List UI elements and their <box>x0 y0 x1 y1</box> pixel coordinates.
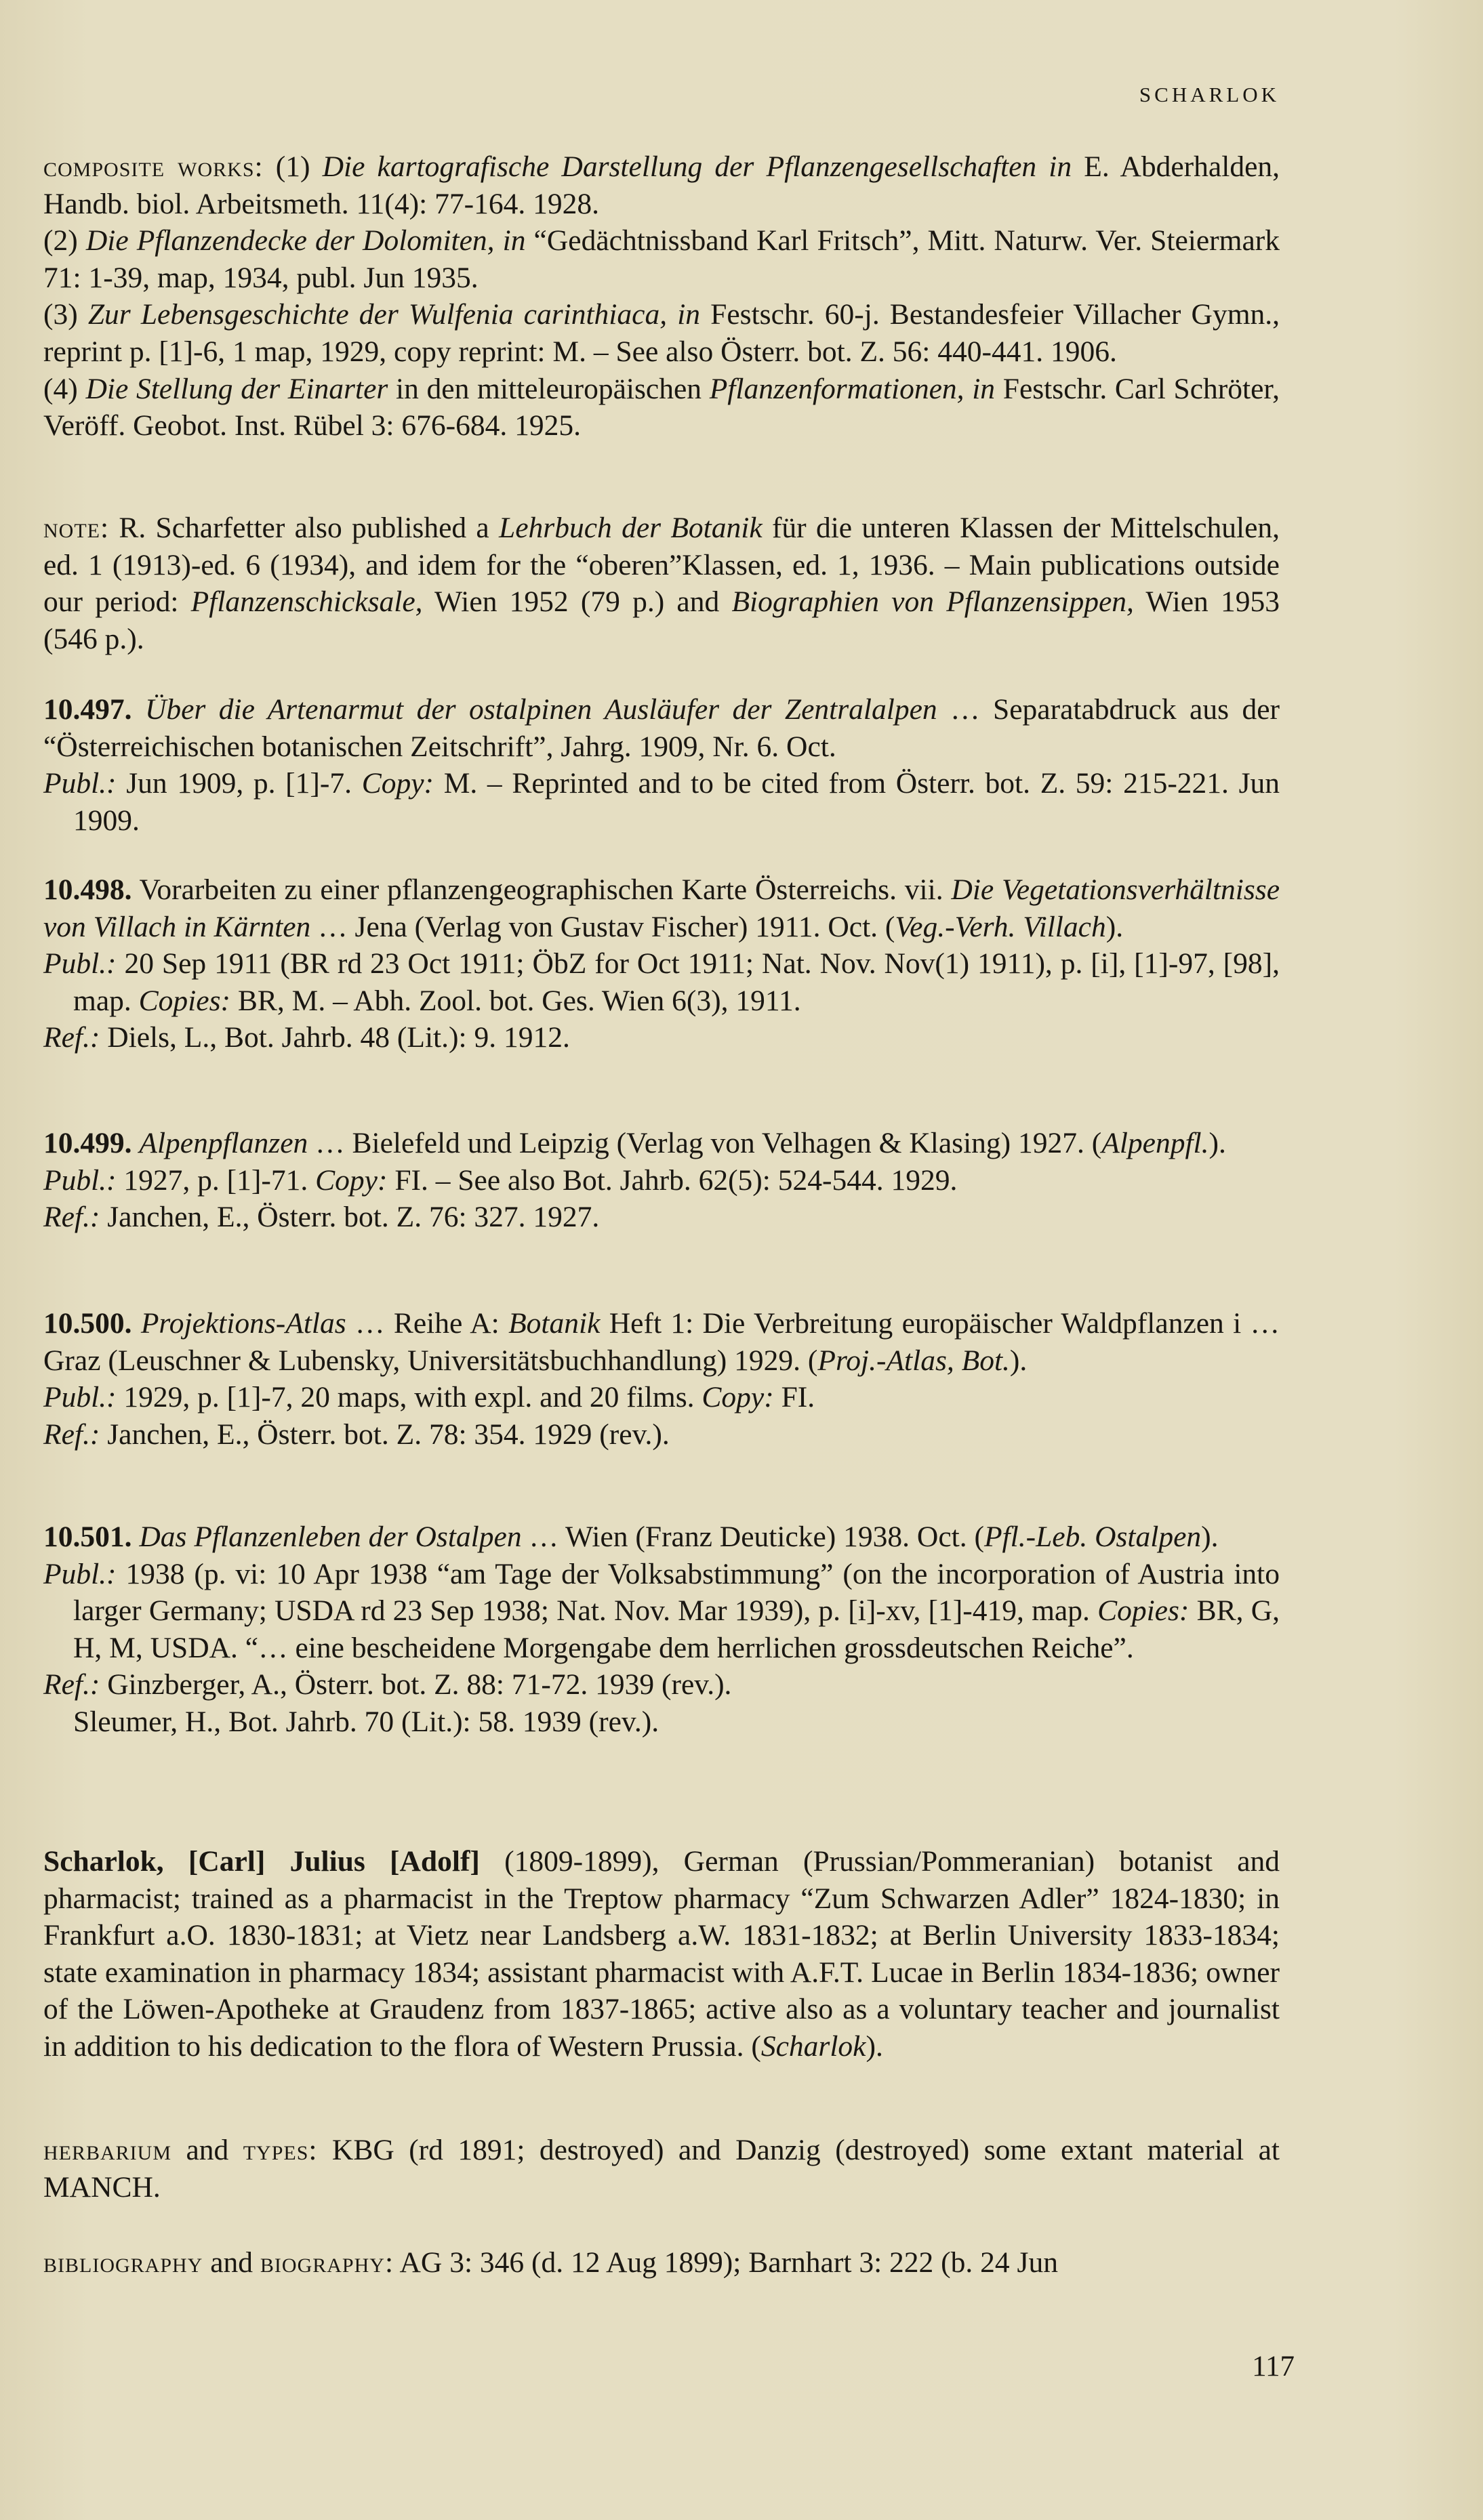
entry-10-500: 10.500. Projektions-Atlas … Reihe A: Bot… <box>43 1305 1280 1453</box>
entry-ref: Ref.: Janchen, E., Österr. bot. Z. 76: 3… <box>43 1199 1280 1236</box>
entry-number: 10.499. <box>43 1127 132 1159</box>
composite-work-4: (4) Die Stellung der Einarter in den mit… <box>43 371 1280 445</box>
biography-paragraph: Scharlok, [Carl] Julius [Adolf] (1809-18… <box>43 1843 1280 2065</box>
entry-publ: Publ.: 1927, p. [1]-71. Copy: FI. – See … <box>43 1162 1280 1199</box>
entry-ref: Ref.: Janchen, E., Österr. bot. Z. 78: 3… <box>43 1416 1280 1453</box>
entry-ref: Ref.: Diels, L., Bot. Jahrb. 48 (Lit.): … <box>43 1019 1280 1056</box>
page-number: 117 <box>1240 2350 1295 2383</box>
bibliography-paragraph: bibliography and biography: AG 3: 346 (d… <box>43 2244 1280 2281</box>
entry-number: 10.501. <box>43 1521 132 1553</box>
entry-number: 10.497. <box>43 693 132 726</box>
book-page: SCHARLOK composite works: (1) Die kartog… <box>0 0 1483 2520</box>
entry-publ: Publ.: 1929, p. [1]-7, 20 maps, with exp… <box>43 1379 1280 1416</box>
biography-section: Scharlok, [Carl] Julius [Adolf] (1809-18… <box>43 1843 1280 2065</box>
entry-number: 10.498. <box>43 873 132 906</box>
entry-publ: Publ.: 20 Sep 1911 (BR rd 23 Oct 1911; Ö… <box>43 945 1280 1019</box>
composite-works-label: composite works: <box>43 150 264 183</box>
entry-title: 10.497. Über die Artenarmut der ostalpin… <box>43 691 1280 765</box>
person-name: Scharlok, [Carl] Julius [Adolf] <box>43 1845 480 1878</box>
entry-10-501: 10.501. Das Pflanzenleben der Ostalpen …… <box>43 1519 1280 1741</box>
herbarium-section: herbarium and types: KBG (rd 1891; destr… <box>43 2132 1280 2206</box>
entry-10-499: 10.499. Alpenpflanzen … Bielefeld und Le… <box>43 1125 1280 1236</box>
note-paragraph: note: R. Scharfetter also published a Le… <box>43 510 1280 657</box>
composite-work-1: composite works: (1) Die kartografische … <box>43 148 1280 222</box>
running-head: SCHARLOK <box>1112 83 1280 107</box>
entry-title: 10.499. Alpenpflanzen … Bielefeld und Le… <box>43 1125 1280 1162</box>
composite-works-section: composite works: (1) Die kartografische … <box>43 148 1280 445</box>
entry-number: 10.500. <box>43 1307 132 1340</box>
note-label: note: <box>43 512 109 544</box>
entry-10-498: 10.498. Vorarbeiten zu einer pflanzengeo… <box>43 871 1280 1056</box>
composite-work-2: (2) Die Pflanzendecke der Dolomiten, in … <box>43 222 1280 296</box>
entry-ref: Ref.: Ginzberger, A., Österr. bot. Z. 88… <box>43 1666 1280 1703</box>
entry-title: 10.498. Vorarbeiten zu einer pflanzengeo… <box>43 871 1280 945</box>
entry-ref-2: Sleumer, H., Bot. Jahrb. 70 (Lit.): 58. … <box>43 1703 1280 1741</box>
entry-title: 10.501. Das Pflanzenleben der Ostalpen …… <box>43 1519 1280 1556</box>
herbarium-paragraph: herbarium and types: KBG (rd 1891; destr… <box>43 2132 1280 2206</box>
composite-work-3: (3) Zur Lebensgeschichte der Wulfenia ca… <box>43 296 1280 370</box>
entry-title: 10.500. Projektions-Atlas … Reihe A: Bot… <box>43 1305 1280 1379</box>
entry-10-497: 10.497. Über die Artenarmut der ostalpin… <box>43 691 1280 839</box>
bibliography-section: bibliography and biography: AG 3: 346 (d… <box>43 2244 1280 2281</box>
note-section: note: R. Scharfetter also published a Le… <box>43 510 1280 657</box>
entry-publ: Publ.: 1938 (p. vi: 10 Apr 1938 “am Tage… <box>43 1556 1280 1667</box>
entry-publ: Publ.: Jun 1909, p. [1]-7. Copy: M. – Re… <box>43 765 1280 839</box>
